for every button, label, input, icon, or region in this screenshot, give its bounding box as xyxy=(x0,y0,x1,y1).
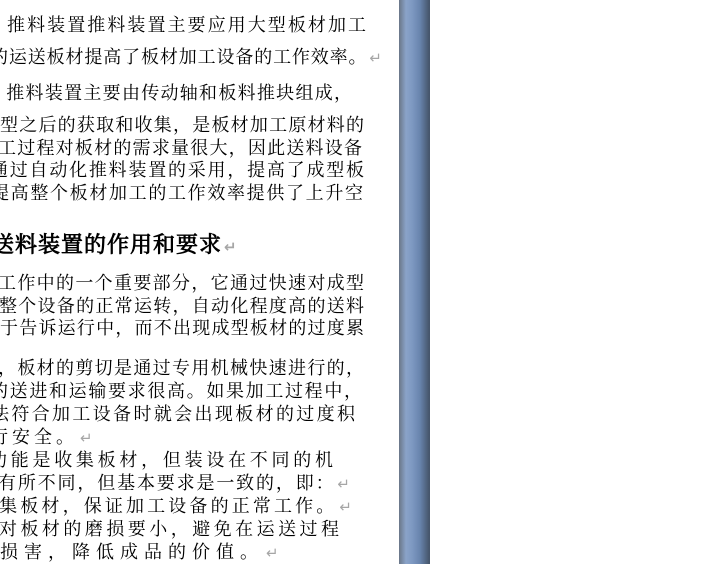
page-right[interactable]: 型。具体为：↵空气送料装置：利用自动送料装置：通过滚轮送料装置：通过电磁送料装置… xyxy=(430,0,711,564)
page-gap-divider xyxy=(399,0,430,564)
text-line: 于告诉运行中，而不出现成型板材的过度累 xyxy=(0,316,366,342)
line-text: 收集板材，保证加工设备的正常工作。 xyxy=(0,496,337,516)
line-text: 于告诉运行中，而不出现成型板材的过度累 xyxy=(0,318,364,338)
line-text: 送料装置的作用和要求 xyxy=(0,232,222,257)
paragraph-mark xyxy=(366,17,368,35)
text-line: 提高整个板材加工的工作效率提供了上升空 xyxy=(0,181,365,207)
text-line: . 推料装置推料装置主要应用大型板材加工 xyxy=(0,13,368,39)
line-text: 损害，降低成品的价值。 xyxy=(0,542,264,562)
paragraph-mark xyxy=(355,406,357,424)
line-text: 对板材的磨损要小，避免在运送过程 xyxy=(0,519,339,539)
line-text: 通过自动化推料装置的采用，提高了成型板 xyxy=(0,160,364,180)
paragraph-mark xyxy=(363,185,365,203)
paragraph-mark xyxy=(364,298,366,316)
line-text: 有所不同，但基本要求是一致的，即： xyxy=(0,473,335,493)
line-text: 型之后的获取和收集，是板材加工原材料的 xyxy=(0,115,364,135)
paragraph-mark: ↵ xyxy=(264,544,279,562)
text-line: . 推料装置主要由传动轴和板料推块组成， xyxy=(0,81,354,107)
line-text: 行安全。 xyxy=(0,427,78,447)
line-text: . 推料装置推料装置主要应用大型板材加工 xyxy=(0,15,366,35)
paragraph-mark xyxy=(339,521,341,539)
text-line: 的运送板材提高了板材加工设备的工作效率。↵ xyxy=(0,45,382,71)
paragraph-mark xyxy=(364,162,366,180)
line-text: 工过程对板材的需求量很大，因此送料设备 xyxy=(0,138,362,158)
paragraph-mark xyxy=(364,117,366,135)
paragraph-mark xyxy=(362,383,364,401)
line-text: 的运送板材提高了板材加工设备的工作效率。 xyxy=(0,47,367,67)
paragraph-mark xyxy=(364,275,366,293)
heading-line: 送料装置的作用和要求↵ xyxy=(0,232,237,258)
line-text: 工作中的一个重要部分，它通过快速对成型 xyxy=(0,273,364,293)
paragraph-mark xyxy=(364,360,366,378)
paragraph-mark: ↵ xyxy=(367,49,382,67)
paragraph-mark: ↵ xyxy=(335,475,350,493)
paragraph-mark: ↵ xyxy=(78,429,93,447)
paragraph-mark xyxy=(352,85,354,103)
paragraph-mark xyxy=(333,452,335,470)
text-line: 损害，降低成品的价值。↵ xyxy=(0,540,279,564)
document-view: . 推料装置推料装置主要应用大型板材加工的运送板材提高了板材加工设备的工作效率。… xyxy=(0,0,711,564)
paragraph-mark: ↵ xyxy=(222,238,237,256)
line-text: 整个设备的正常运转，自动化程度高的送料 xyxy=(0,296,364,316)
line-text: 提高整个板材加工的工作效率提供了上升空 xyxy=(0,183,363,203)
line-text: . 推料装置主要由传动轴和板料推块组成， xyxy=(0,83,352,103)
line-text: 功能是收集板材，但装设在不同的机 xyxy=(0,450,333,470)
paragraph-mark xyxy=(364,320,366,338)
paragraph-mark: ↵ xyxy=(337,498,352,516)
page-left[interactable]: . 推料装置推料装置主要应用大型板材加工的运送板材提高了板材加工设备的工作效率。… xyxy=(0,0,399,564)
line-text: 的送进和运输要求很高。如果加工过程中， xyxy=(0,381,362,401)
line-text: ，板材的剪切是通过专用机械快速进行的， xyxy=(0,358,364,378)
line-text: 法符合加工设备时就会出现板材的过度积 xyxy=(0,404,355,424)
paragraph-mark xyxy=(362,140,364,158)
